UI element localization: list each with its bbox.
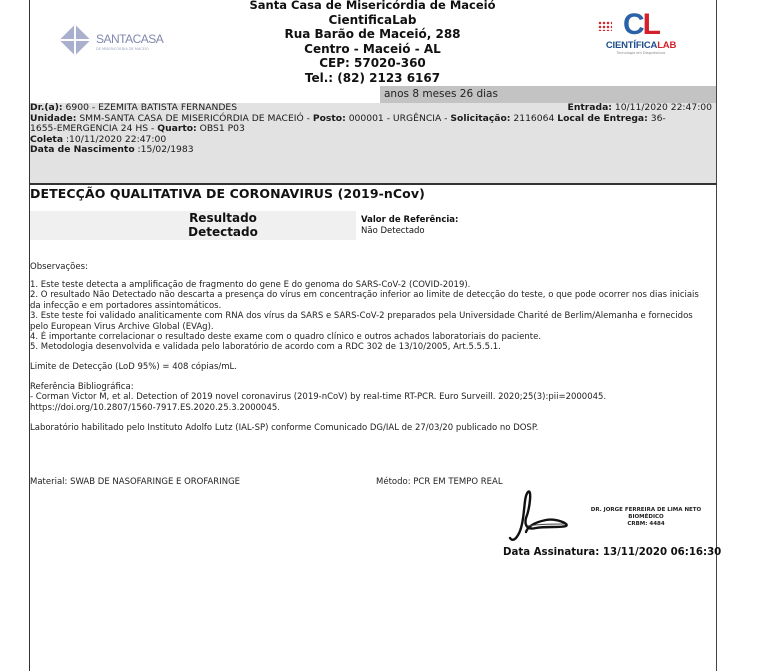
observation-line: 1. Este teste detecta a amplificação de … (30, 280, 699, 290)
patient-age: anos 8 meses 26 dias (380, 88, 498, 100)
lab-header: Santa Casa de Misericórdia de Maceió Cie… (200, 0, 545, 84)
signature-icon (506, 488, 576, 544)
observation-line: da infecção e em portadores assintomátic… (30, 301, 699, 311)
exam-title: DETECÇÃO QUALITATIVA DE CORONAVIRUS (201… (30, 186, 425, 201)
observation-line: 4. É importante correlacionar o resultad… (30, 332, 699, 342)
bibliography: Referência Bibliográfica: - Corman Victo… (30, 382, 606, 413)
signer-name: DR. JORGE FERREIRA DE LIMA NETO (576, 507, 716, 514)
observations-list: 1. Este teste detecta a amplificação de … (30, 280, 699, 353)
test-method: Método: PCR EM TEMPO REAL (376, 477, 503, 487)
signature-date: Data Assinatura: 13/11/2020 06:16:30 (503, 547, 721, 558)
bibliography-heading: Referência Bibliográfica: (30, 382, 606, 392)
observation-line: 3. Este teste foi validado analiticament… (30, 311, 699, 321)
section-divider (29, 183, 717, 185)
lab-name: CientificaLab (200, 13, 545, 28)
doctor-value: 6900 - EZEMITA BATISTA FERNANDES (66, 102, 238, 113)
result-label: Resultado (60, 211, 386, 225)
patient-age-bar: anos 8 meses 26 dias (380, 86, 716, 103)
page-border-right (716, 0, 717, 671)
solicitacao-value: 2116064 (513, 113, 554, 124)
observation-line: 2. O resultado Não Detectado não descart… (30, 290, 699, 300)
result-value: Detectado (60, 225, 386, 239)
santa-casa-logo: SANTACASA DE MISERICÓRDIA DE MACEIÓ (62, 27, 172, 61)
lab-address: Rua Barão de Maceió, 288 (200, 27, 545, 42)
santa-casa-logo-text: SANTACASA (96, 32, 163, 46)
entrada-value: 10/11/2020 22:47:00 (615, 102, 712, 113)
lab-phone: Tel.: (82) 2123 6167 (200, 71, 545, 85)
bibliography-entry: - Corman Victor M, et al. Detection of 2… (30, 392, 606, 402)
lab-district: Centro - Maceió - AL (200, 42, 545, 57)
cientificalab-logo: CL CIENTÍFICALAB Tecnologia em Diagnósti… (586, 10, 696, 68)
signer-registration: CRBM: 4484 (576, 521, 716, 528)
nascimento-row: Data de Nascimento :15/02/1983 (30, 145, 716, 156)
dots-icon (598, 21, 612, 31)
institution-name: Santa Casa de Misericórdia de Maceió (200, 0, 545, 13)
result-box: Resultado Detectado (30, 211, 356, 240)
santa-casa-logo-subtitle: DE MISERICÓRDIA DE MACEIÓ (96, 47, 149, 51)
sample-material: Material: SWAB DE NASOFARINGE E OROFARIN… (30, 477, 240, 487)
nascimento-value: :15/02/1983 (138, 144, 194, 155)
reference-value: Valor de Referência: Não Detectado (361, 215, 458, 236)
observation-line: 5. Metodologia desenvolvida e validada p… (30, 342, 699, 352)
coleta-value: :10/11/2020 22:47:00 (66, 134, 166, 145)
cientificalab-tagline: Tecnologia em Diagnósticos (586, 51, 696, 55)
lab-accreditation-note: Laboratório habilitado pelo Instituto Ad… (30, 423, 538, 433)
quarto-value: OBS1 P03 (200, 123, 245, 134)
cientificalab-wordmark: CIENTÍFICALAB (586, 40, 696, 51)
lab-cep: CEP: 57020-360 (200, 56, 545, 71)
detection-limit: Limite de Detecção (LoD 95%) = 408 cópia… (30, 362, 237, 372)
observations-heading: Observações: (30, 262, 88, 272)
signer-block: DR. JORGE FERREIRA DE LIMA NETO BIOMÉDIC… (576, 507, 716, 528)
signer-role: BIOMÉDICO (576, 514, 716, 521)
observation-line: pelo European Virus Archive Global (EVAg… (30, 322, 699, 332)
patient-info: Dr.(a): 6900 - EZEMITA BATISTA FERNANDES… (30, 103, 716, 183)
bibliography-doi: https://doi.org/10.2807/1560-7917.ES.202… (30, 403, 606, 413)
